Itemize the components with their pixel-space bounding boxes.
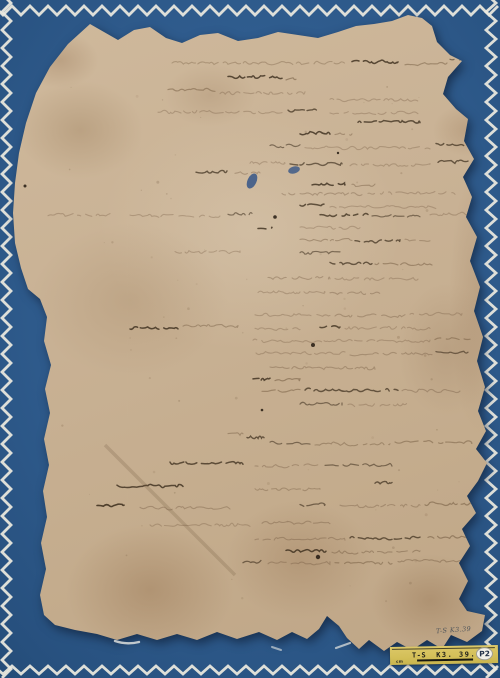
classmark-label: T-S K3. 39. P2 cm [390,645,498,665]
manuscript-photo: T-S K3.39 T-S K3. 39. P2 cm [0,0,500,678]
parchment-sheet [0,0,500,678]
scale-caption: cm [396,658,403,663]
label-scale-row: cm [396,657,495,664]
scale-bar [417,658,473,662]
manuscript-fragment [0,0,500,678]
